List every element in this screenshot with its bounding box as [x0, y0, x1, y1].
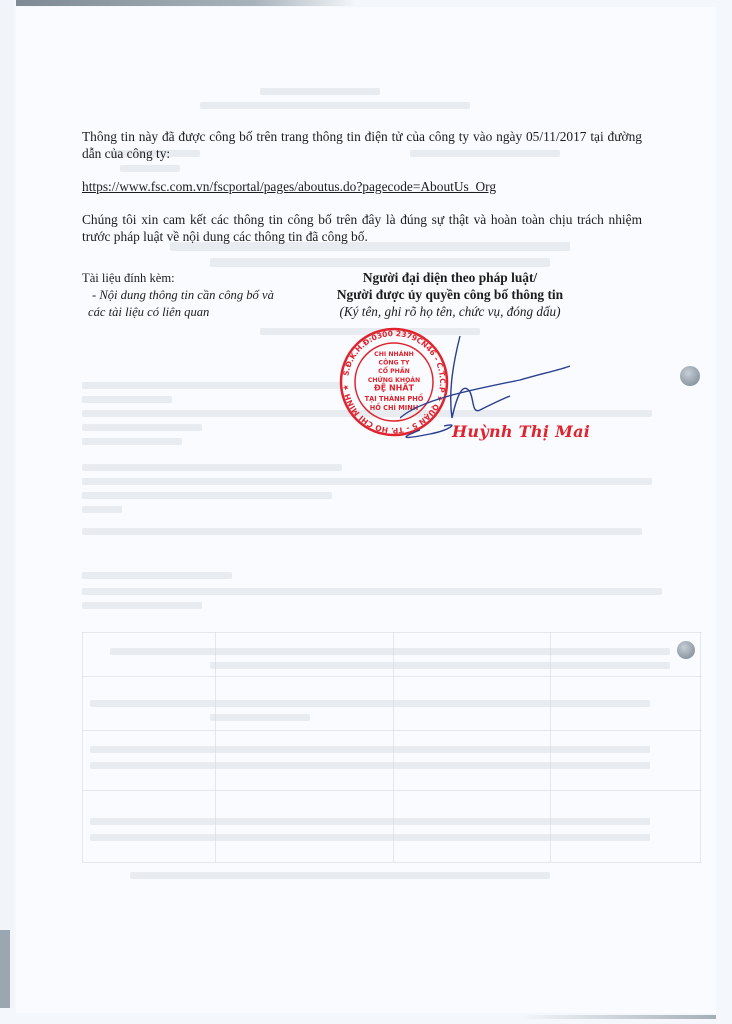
punch-hole-upper: [680, 366, 700, 386]
intro-paragraph: Thông tin này đã được công bố trên trang…: [82, 128, 642, 162]
scan-shadow-left: [0, 930, 10, 1008]
company-url-link[interactable]: https://www.fsc.com.vn/fscportal/pages/a…: [82, 179, 496, 194]
attachments-list: - Nội dung thông tin cần công bố và các …: [92, 287, 312, 321]
representative-title-2: Người được ủy quyền công bố thông tin: [300, 286, 600, 303]
punch-hole-lower: [677, 641, 695, 659]
representative-instruction: (Ký tên, ghi rõ họ tên, chức vụ, đóng dấ…: [300, 303, 600, 320]
signer-name: Huỳnh Thị Mai: [452, 422, 590, 441]
scan-shadow-top: [16, 0, 356, 6]
attachment-item: các tài liệu có liên quan: [88, 304, 312, 321]
attachments-label: Tài liệu đính kèm:: [82, 270, 175, 287]
attachment-item: - Nội dung thông tin cần công bố và: [92, 287, 312, 304]
commitment-paragraph: Chúng tôi xin cam kết các thông tin công…: [82, 211, 642, 245]
scan-margin-left: [0, 0, 14, 1008]
representative-block: Người đại diện theo pháp luật/ Người đượ…: [300, 269, 600, 320]
company-url[interactable]: https://www.fsc.com.vn/fscportal/pages/a…: [82, 178, 642, 195]
representative-title-1: Người đại diện theo pháp luật/: [300, 269, 600, 286]
scan-shadow-bottom: [520, 1015, 716, 1019]
